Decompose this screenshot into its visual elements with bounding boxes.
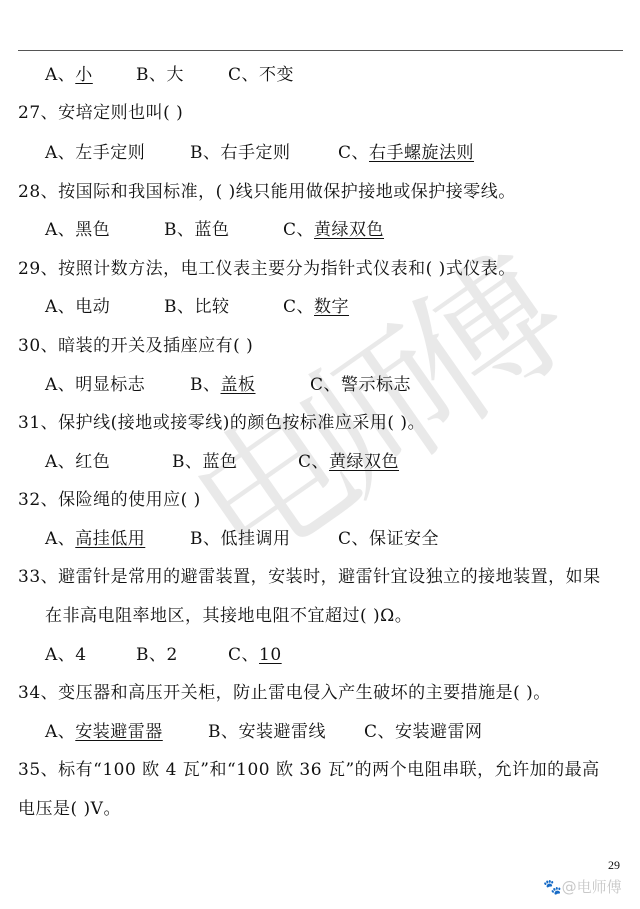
option-label: B、 — [164, 297, 195, 317]
answer-option: B、蓝色 — [172, 452, 238, 472]
option-label: C、 — [228, 65, 259, 85]
option-text: 红色 — [75, 452, 110, 472]
answer-option: B、大 — [136, 65, 184, 85]
answer-option: B、右手定则 — [190, 143, 291, 163]
answer-option: A、左手定则 — [45, 143, 145, 163]
option-label: B、 — [164, 220, 195, 240]
option-label: A、 — [45, 722, 75, 742]
question-text: 28、按国际和我国标准，( )线只能用做保护接地或保护接零线。 — [18, 182, 516, 202]
correct-answer-text: 数字 — [314, 297, 349, 317]
answer-option: A、高挂低用 — [45, 529, 145, 549]
answer-option: A、黑色 — [45, 220, 110, 240]
answer-option: C、数字 — [283, 297, 349, 317]
option-text: 黑色 — [75, 220, 110, 240]
option-text: 大 — [167, 65, 185, 85]
option-label: C、 — [338, 529, 369, 549]
question-text: 27、安培定则也叫( ) — [18, 103, 183, 123]
option-text: 蓝色 — [195, 220, 230, 240]
correct-answer-text: 小 — [75, 65, 93, 85]
option-text: 2 — [167, 645, 178, 665]
option-text: 4 — [75, 645, 86, 665]
header-rule — [18, 50, 623, 51]
option-text: 左手定则 — [75, 143, 145, 163]
answer-option: C、保证安全 — [338, 529, 439, 549]
answer-option: B、2 — [136, 645, 178, 665]
option-label: A、 — [45, 297, 75, 317]
question-text: 电压是( )V。 — [18, 799, 121, 819]
option-label: A、 — [45, 143, 75, 163]
answer-option: A、小 — [45, 65, 93, 85]
option-label: A、 — [45, 220, 75, 240]
option-text: 警示标志 — [341, 375, 411, 395]
correct-answer-text: 高挂低用 — [75, 529, 145, 549]
option-label: C、 — [310, 375, 341, 395]
answer-option: C、黄绿双色 — [298, 452, 399, 472]
correct-answer-text: 右手螺旋法则 — [369, 143, 474, 163]
option-text: 电动 — [75, 297, 110, 317]
answer-option: C、安装避雷网 — [364, 722, 483, 742]
option-label: B、 — [190, 529, 221, 549]
option-label: B、 — [190, 143, 221, 163]
option-label: C、 — [283, 297, 314, 317]
answer-option: B、低挂调用 — [190, 529, 291, 549]
option-text: 安装避雷网 — [395, 722, 483, 742]
option-label: C、 — [283, 220, 314, 240]
answer-option: C、不变 — [228, 65, 294, 85]
option-text: 保证安全 — [369, 529, 439, 549]
answer-option: C、10 — [228, 645, 282, 665]
option-label: B、 — [172, 452, 203, 472]
question-text: 在非高电阻率地区，其接地电阻不宜超过( )Ω。 — [45, 606, 412, 626]
option-text: 安装避雷线 — [239, 722, 327, 742]
page-number: 29 — [608, 858, 620, 873]
option-text: 不变 — [259, 65, 294, 85]
option-label: B、 — [208, 722, 239, 742]
option-label: A、 — [45, 452, 75, 472]
correct-answer-text: 10 — [259, 645, 282, 665]
option-label: C、 — [364, 722, 395, 742]
correct-answer-text: 黄绿双色 — [329, 452, 399, 472]
question-text: 35、标有“100 欧 4 瓦”和“100 欧 36 瓦”的两个电阻串联，允许加… — [18, 760, 600, 780]
option-label: A、 — [45, 375, 75, 395]
footer-brand: 🐾@电师傅 — [543, 876, 622, 897]
option-label: A、 — [45, 645, 75, 665]
option-text: 明显标志 — [75, 375, 145, 395]
option-text: 蓝色 — [203, 452, 238, 472]
question-text: 31、保护线(接地或接零线)的颜色按标准应采用( )。 — [18, 413, 425, 433]
answer-option: C、警示标志 — [310, 375, 411, 395]
question-text: 29、按照计数方法，电工仪表主要分为指针式仪表和( )式仪表。 — [18, 259, 516, 279]
option-label: C、 — [298, 452, 329, 472]
answer-option: A、明显标志 — [45, 375, 145, 395]
answer-option: A、红色 — [45, 452, 110, 472]
question-text: 34、变压器和高压开关柜，防止雷电侵入产生破坏的主要措施是( )。 — [18, 683, 551, 703]
option-label: A、 — [45, 65, 75, 85]
option-label: B、 — [136, 65, 167, 85]
correct-answer-text: 安装避雷器 — [75, 722, 163, 742]
answer-option: B、盖板 — [190, 375, 256, 395]
option-label: B、 — [136, 645, 167, 665]
question-text: 32、保险绳的使用应( ) — [18, 490, 201, 510]
answer-option: B、蓝色 — [164, 220, 230, 240]
option-label: A、 — [45, 529, 75, 549]
option-label: B、 — [190, 375, 221, 395]
answer-option: B、比较 — [164, 297, 230, 317]
option-text: 比较 — [195, 297, 230, 317]
option-text: 右手定则 — [221, 143, 291, 163]
option-label: C、 — [228, 645, 259, 665]
option-text: 低挂调用 — [221, 529, 291, 549]
question-text: 33、避雷针是常用的避雷装置，安装时，避雷针宜设独立的接地装置，如果 — [18, 567, 601, 587]
option-label: C、 — [338, 143, 369, 163]
answer-option: A、电动 — [45, 297, 110, 317]
answer-option: B、安装避雷线 — [208, 722, 326, 742]
correct-answer-text: 盖板 — [221, 375, 256, 395]
question-text: 30、暗装的开关及插座应有( ) — [18, 336, 253, 356]
answer-option: A、4 — [45, 645, 87, 665]
answer-option: C、右手螺旋法则 — [338, 143, 474, 163]
answer-option: C、黄绿双色 — [283, 220, 384, 240]
answer-option: A、安装避雷器 — [45, 722, 163, 742]
correct-answer-text: 黄绿双色 — [314, 220, 384, 240]
